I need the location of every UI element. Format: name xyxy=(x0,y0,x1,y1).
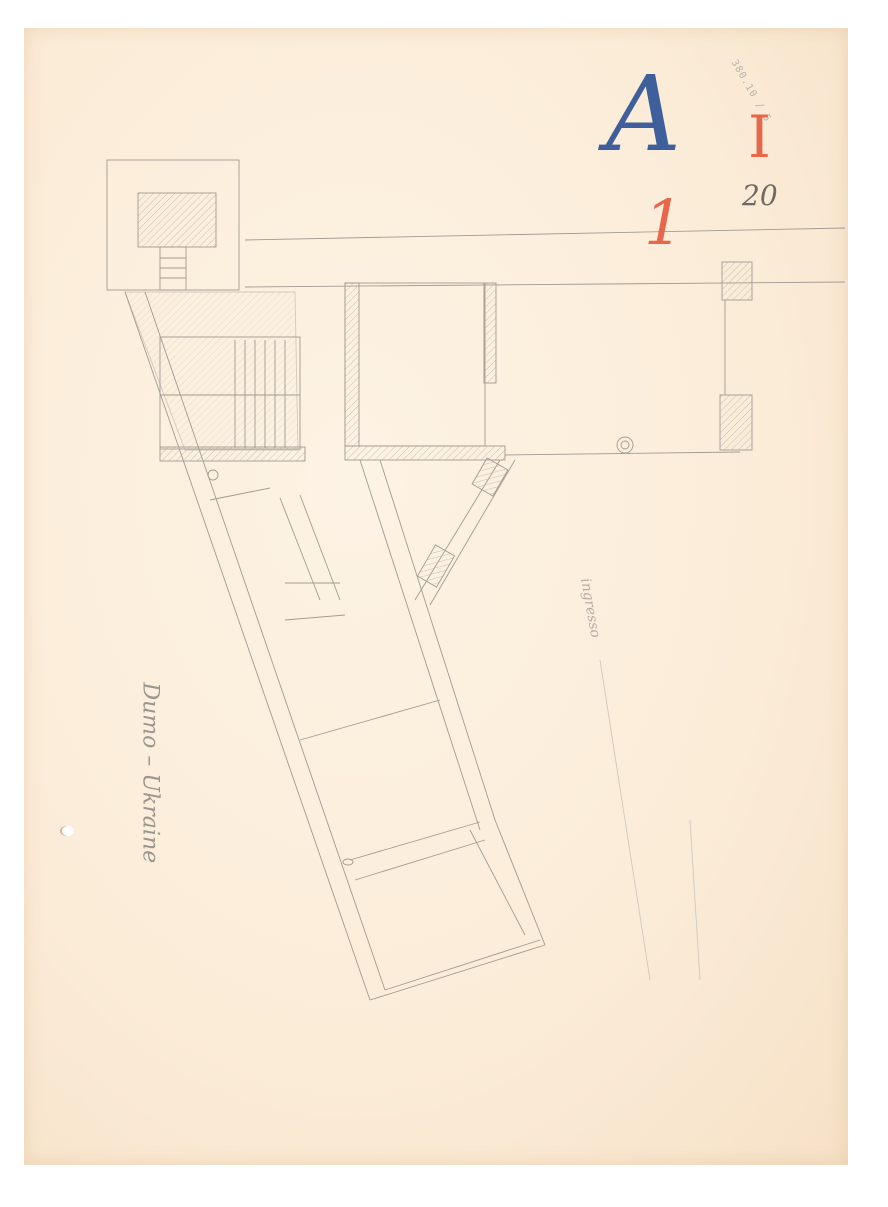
paper-hole xyxy=(62,826,74,836)
number-twenty-pencil: 20 xyxy=(742,182,778,210)
roman-numeral-red: I xyxy=(748,108,771,166)
number-one-red: 1 xyxy=(644,192,683,254)
margin-handwritten-note: Dumo – Ukraine xyxy=(138,683,163,903)
letter-a-blue: A xyxy=(606,62,681,166)
